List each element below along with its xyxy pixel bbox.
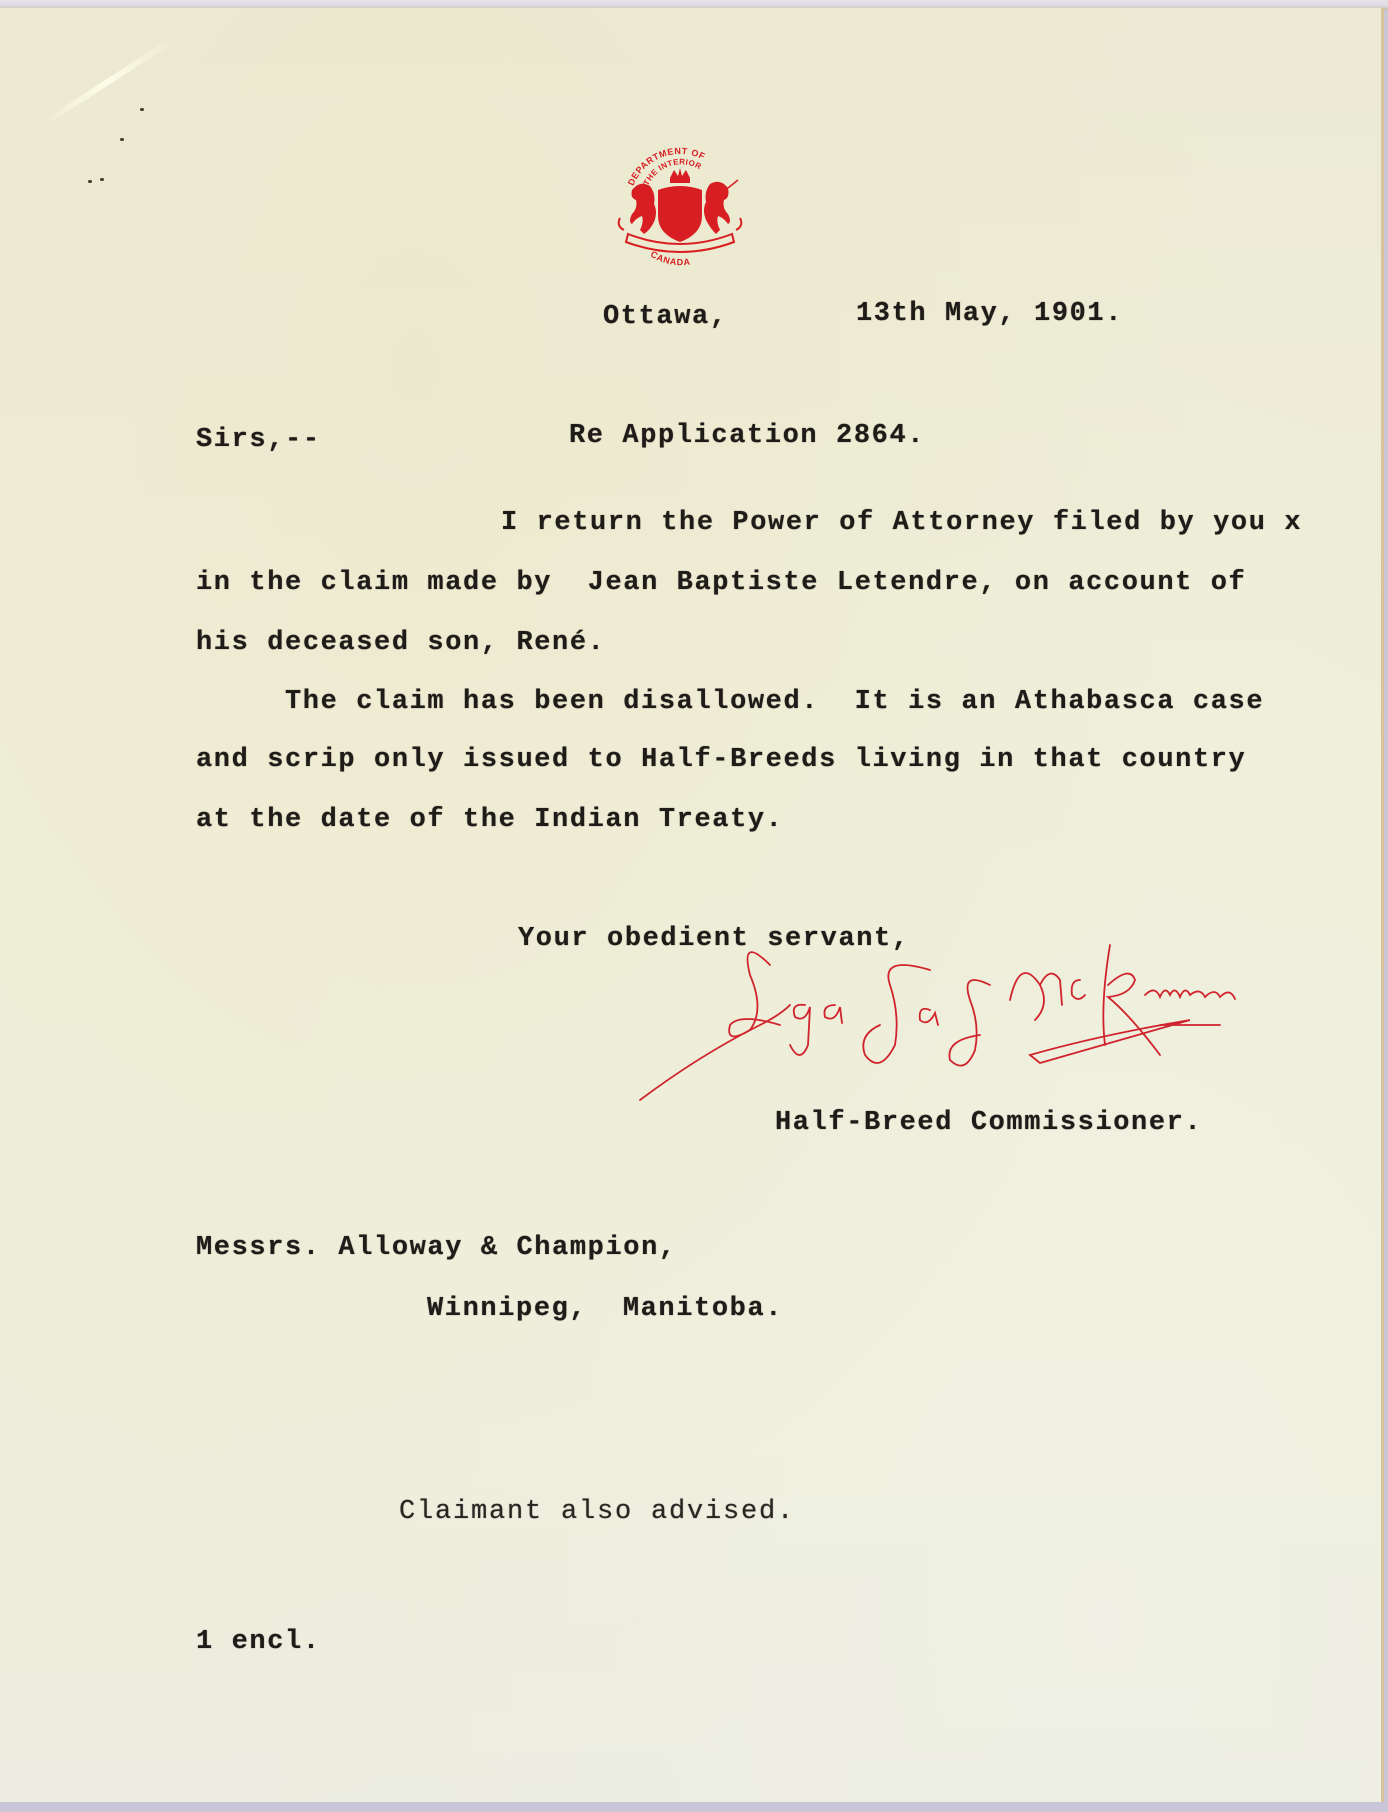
signature-icon: [630, 925, 1370, 1125]
note-line: Claimant also advised.: [399, 1497, 795, 1527]
pin-hole: [120, 138, 124, 141]
addressee-line-2: Winnipeg, Manitoba.: [427, 1294, 783, 1324]
pin-hole: [140, 108, 144, 111]
body-paragraph-1-line-3: his deceased son, René.: [196, 628, 605, 658]
body-paragraph-1-line-1: I return the Power of Attorney filed by …: [501, 508, 1302, 538]
letter-date: 13th May, 1901.: [856, 299, 1123, 329]
subject-line: Re Application 2864.: [569, 421, 925, 451]
department-crest: DEPARTMENT OF THE INTERIOR CANADA: [610, 138, 750, 278]
paper-crease: [38, 36, 175, 128]
body-paragraph-2-line-3: at the date of the Indian Treaty.: [196, 805, 784, 835]
addressee-line-1: Messrs. Alloway & Champion,: [196, 1233, 677, 1263]
pin-hole: [88, 180, 92, 183]
salutation: Sirs,--: [196, 425, 321, 455]
letter-place: Ottawa,: [603, 302, 728, 332]
body-paragraph-2-line-1: The claim has been disallowed. It is an …: [285, 687, 1264, 717]
handwritten-signature: [630, 925, 1370, 1125]
paper-bottom-edge: [0, 1802, 1388, 1812]
body-paragraph-1-line-2: in the claim made by Jean Baptiste Leten…: [196, 568, 1246, 598]
enclosure-line: 1 encl.: [196, 1627, 321, 1657]
pin-hole: [100, 178, 104, 181]
coat-of-arms-icon: DEPARTMENT OF THE INTERIOR CANADA: [610, 138, 750, 278]
body-paragraph-2-line-2: and scrip only issued to Half-Breeds liv…: [196, 745, 1246, 775]
signatory-title: Half-Breed Commissioner.: [775, 1108, 1202, 1138]
